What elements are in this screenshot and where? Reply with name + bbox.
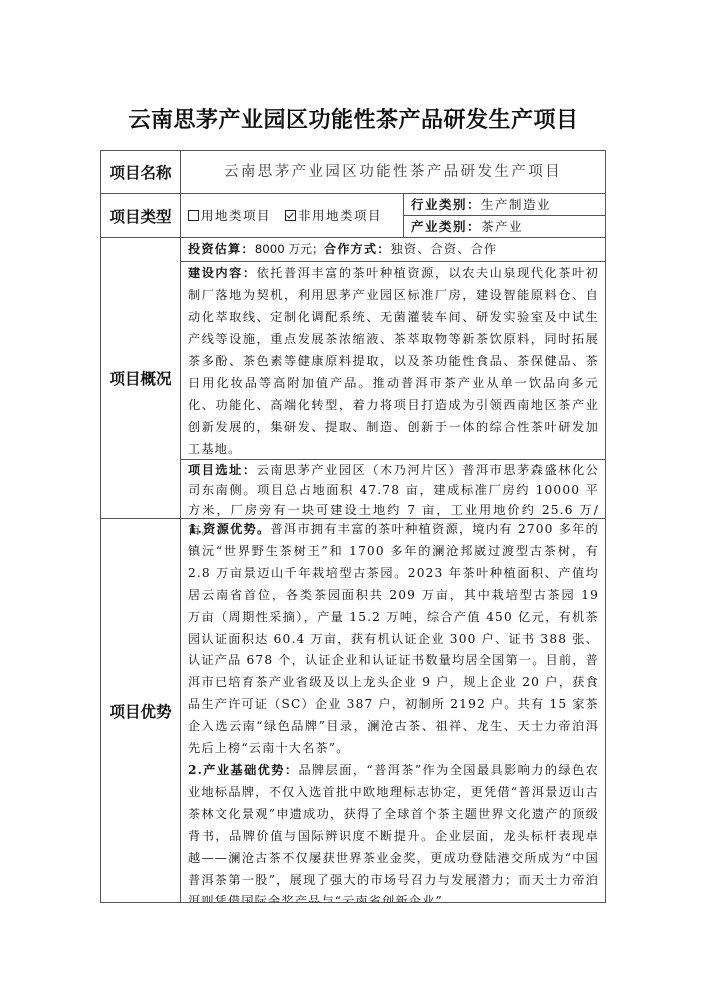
construction-label: 建设内容：	[188, 266, 257, 280]
row-project-name: 项目名称 云南思茅产业园区功能性茶产品研发生产项目	[101, 151, 605, 194]
row-project-type: 项目类型 用地类项目 非用地类项目 行业类别：生产制造业 产业类别：茶产业	[101, 194, 605, 238]
advantage-industry-text: 品牌层面，“普洱茶”作为全国最具影响力的绿色农业地标品牌，不仅入选首批中欧地理标…	[188, 763, 599, 902]
row-project-advantages: 项目优势 1.资源优势。普洱市拥有丰富的茶叶种植资源，境内有 2700 多年的镇…	[101, 519, 605, 902]
non-land-project-checkbox[interactable]	[285, 210, 296, 221]
industry-category-value: 生产制造业	[481, 197, 551, 212]
advantage-item-industry-base: 2.产业基础优势：品牌层面，“普洱茶”作为全国最具影响力的绿色农业地标品牌，不仅…	[188, 760, 599, 902]
cooperation-value: 独资、合资、合作	[391, 242, 498, 256]
investment-label: 投资估算：	[188, 242, 255, 256]
investment-value: 8000 万元；	[255, 242, 324, 256]
sector-category-value: 茶产业	[481, 219, 523, 234]
document-title: 云南思茅产业园区功能性茶产品研发生产项目	[0, 103, 707, 134]
sector-category: 产业类别：茶产业	[404, 215, 605, 237]
location-label: 项目选址：	[188, 463, 257, 477]
construction-content: 建设内容：依托普洱丰富的茶叶种植资源，以农夫山泉现代化茶叶初制厂落地为契机，利用…	[181, 261, 605, 459]
advantages-text: 1.资源优势。普洱市拥有丰富的茶叶种植资源，境内有 2700 多年的镇沅“世界野…	[181, 519, 605, 902]
advantage-resource-text: 普洱市拥有丰富的茶叶种植资源，境内有 2700 多年的镇沅“世界野生茶树王”和 …	[188, 522, 599, 755]
project-type-label: 项目类型	[101, 194, 181, 237]
category-cells: 行业类别：生产制造业 产业类别：茶产业	[404, 194, 605, 237]
industry-category: 行业类别：生产制造业	[404, 194, 605, 215]
advantage-industry-heading: 2.产业基础优势：	[188, 763, 298, 777]
project-overview-label: 项目概况	[101, 238, 181, 518]
land-type-options: 用地类项目 非用地类项目	[181, 194, 404, 237]
advantage-item-resource: 1.资源优势。普洱市拥有丰富的茶叶种植资源，境内有 2700 多年的镇沅“世界野…	[188, 519, 599, 760]
investment-cooperation: 投资估算：8000 万元；合作方式：独资、合资、合作	[181, 238, 605, 261]
construction-text: 依托普洱丰富的茶叶种植资源，以农夫山泉现代化茶叶初制厂落地为契机，利用思茅产业园…	[188, 266, 599, 456]
advantage-resource-heading: 1.资源优势。	[188, 522, 270, 536]
project-location: 项目选址：云南思茅产业园区（木乃河片区）普洱市思茅森盛林化公司东南侧。项目总占地…	[181, 459, 605, 519]
project-name-label: 项目名称	[101, 151, 181, 193]
industry-category-label: 行业类别：	[411, 197, 481, 212]
project-name-value: 云南思茅产业园区功能性茶产品研发生产项目	[181, 151, 605, 193]
project-overview-content: 投资估算：8000 万元；合作方式：独资、合资、合作 建设内容：依托普洱丰富的茶…	[181, 238, 605, 518]
project-type-content: 用地类项目 非用地类项目 行业类别：生产制造业 产业类别：茶产业	[181, 194, 605, 237]
non-land-project-option-label: 非用地类项目	[298, 205, 382, 227]
project-info-table: 项目名称 云南思茅产业园区功能性茶产品研发生产项目 项目类型 用地类项目 非用地…	[100, 150, 606, 903]
cooperation-label: 合作方式：	[324, 242, 391, 256]
project-advantages-label: 项目优势	[101, 519, 181, 902]
row-project-overview: 项目概况 投资估算：8000 万元；合作方式：独资、合资、合作 建设内容：依托普…	[101, 238, 605, 519]
land-project-option-label: 用地类项目	[201, 205, 271, 227]
sector-category-label: 产业类别：	[411, 219, 481, 234]
project-advantages-content: 1.资源优势。普洱市拥有丰富的茶叶种植资源，境内有 2700 多年的镇沅“世界野…	[181, 519, 605, 902]
land-project-checkbox[interactable]	[188, 210, 199, 221]
